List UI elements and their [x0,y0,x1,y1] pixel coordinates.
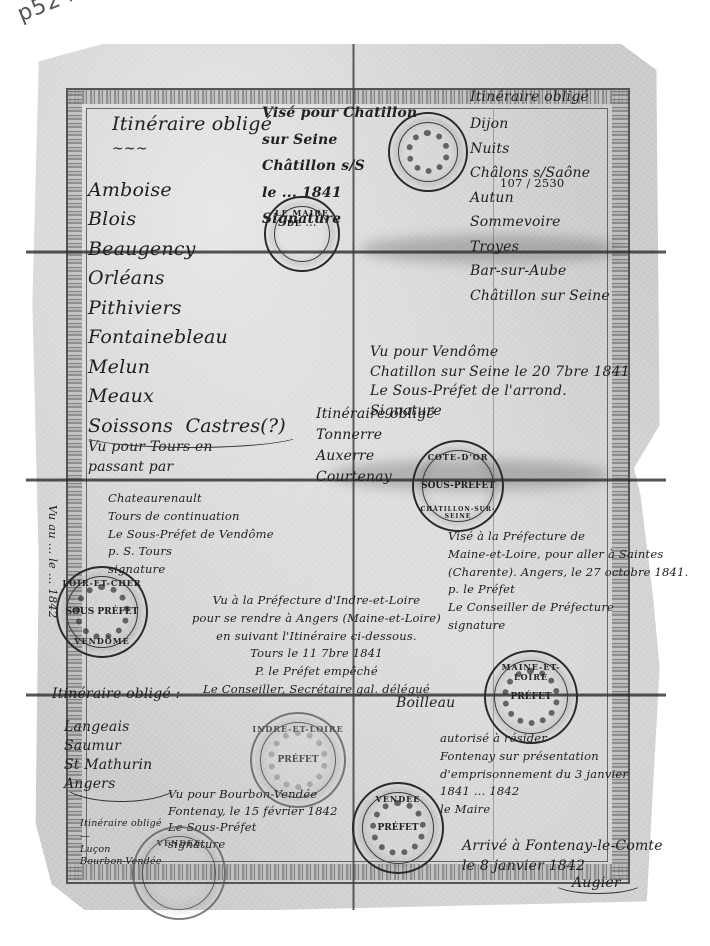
itinerary-line: Tonnerre [316,425,435,446]
note-line: le Maire [440,801,628,819]
note-line: 1841 ... 1842 [440,783,628,801]
route-stop: p. S. Tours [108,543,274,561]
visa-line: p. le Préfet [448,581,688,599]
route-stop: Troyes [470,235,610,260]
route-list-right: DijonNuitsChâlons s/SaôneAutunSommevoire… [470,112,610,308]
flourish-stroke [60,760,182,802]
route-stop: Le Sous-Préfet de Vendôme [108,526,274,544]
route-stop: Saumur [64,737,152,756]
visa-line: Vu pour Vendôme [370,343,630,363]
visa-line: Le Sous-Préfet de l'arrond. [370,382,630,402]
visa-line: signature [448,617,688,635]
route-stop: Nuits [470,137,610,162]
flourish-mark: ~~~ [112,140,148,159]
archive-reference: p52+ [14,0,83,27]
visa-line: Le Conseiller de Préfecture [448,599,688,617]
route-stop: Melun [88,353,286,382]
route-stop: Châtillon sur Seine [470,284,610,309]
prefecture-signature: Boilleau [396,694,455,713]
printed-number: 107 / 2530 [500,176,564,192]
itinerary-heading-bottom: Itinéraire obligé : [52,685,180,704]
flourish-stroke [80,420,302,448]
tours-route: ChateaurenaultTours de continuationLe So… [108,490,274,579]
arrival-note: Arrivé à Fontenay-le-Comtele 8 janvier 1… [462,836,663,877]
visa-line: passant par [88,458,213,478]
itinerary-heading: Itinéraire obligé [112,112,272,138]
loir-et-cher-stamp: LOIR-ET-CHER SOUS PRÉFET VENDÔME [56,566,148,658]
indre-et-loire-stamp: INDRE-ET-LOIRE PRÉFET [250,712,346,808]
route-stop: Beaugency [88,235,286,264]
route-stop: Bar-sur-Aube [470,259,610,284]
note-line: Fontenay sur présentation [440,748,628,766]
prefecture-visa: Vu à la Préfecture d'Indre-et-Loirepour … [192,592,441,699]
visa-line: P. le Préfet empêché [192,663,441,681]
visa-line: en suivant l'Itinéraire ci-dessous. [192,628,441,646]
route-stop: Dijon [470,112,610,137]
route-stop: signature [108,561,274,579]
route-stop: Tours de continuation [108,508,274,526]
itinerary-line: Itinéraire obligé [80,818,162,831]
vendee-faint-stamp: VENDÉE [132,826,226,920]
route-stop: Fontainebleau [88,323,286,352]
maine-et-loire-stamp: MAINE-ET-LOIRE PRÉFET [484,650,578,744]
route-list: AmboiseBloisBeaugencyOrléansPithiviersFo… [88,176,286,441]
maine-et-loire-visa: Visé à la Préfecture deMaine-et-Loire, p… [448,528,688,635]
route-stop: Chateaurenault [108,490,274,508]
itinerary-heading-right: Itinéraire obligé [470,88,589,107]
vendee-stamp: VENDÉE PRÉFET [352,782,444,874]
route-stop: Amboise [88,176,286,205]
visa-line: pour se rendre à Angers (Maine-et-Loire) [192,610,441,628]
itinerary-line: Itinéraire obligé [316,404,435,425]
visa-line: Chatillon sur Seine le 20 7bre 1841 [370,363,630,383]
note-line: d'emprisonnement du 3 janvier [440,766,628,784]
chatillon-stamp [388,112,468,192]
note-line: Arrivé à Fontenay-le-Comte [462,836,663,856]
cote-dor-stamp: COTE-D'OR SOUS-PRÉFET CHÂTILLON-SUR-SEIN… [412,440,504,532]
visa-line: Visé pour Chatillon [262,100,417,127]
route-stop: Langeais [64,718,152,737]
visa-line: Vu à la Préfecture d'Indre-et-Loire [192,592,441,610]
flourish-stroke [552,870,644,894]
route-stop: Orléans [88,264,286,293]
visa-line: Maine-et-Loire, pour aller à Saintes [448,546,688,564]
route-stop: Pithiviers [88,294,286,323]
visa-line: (Charente). Angers, le 27 octobre 1841. [448,564,688,582]
seine-oise-stamp: LE MAIRE DE ... [264,196,340,272]
route-stop: Blois [88,205,286,234]
route-stop: Sommevoire [470,210,610,235]
route-stop: Meaux [88,382,286,411]
visa-line: Tours le 11 7bre 1841 [192,645,441,663]
visa-line: Visé à la Préfecture de [448,528,688,546]
